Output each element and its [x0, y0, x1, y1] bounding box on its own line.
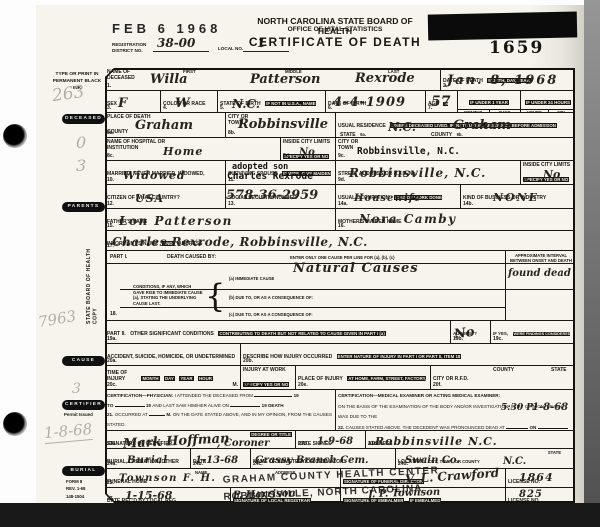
- value-ssn: 578-36-2959: [226, 188, 318, 203]
- punch-hole-bottom: [3, 412, 27, 436]
- form-rev-text: REV. 1-68: [66, 486, 85, 491]
- time-m-label: M.: [232, 382, 238, 388]
- work-label: INJURY AT WORK: [243, 367, 293, 373]
- mother-num: 16.: [338, 223, 345, 229]
- value-occupation: Housewife: [354, 193, 421, 204]
- how-injury-sublabel: ENTER NATURE OF INJURY IN PART I OR PART…: [337, 354, 462, 359]
- blank-pronounced-time: [506, 423, 528, 429]
- date-signed-num: 23b.: [298, 441, 308, 447]
- pod-city-num: 8b.: [228, 130, 235, 136]
- year-tick3: 19: [262, 403, 267, 408]
- line-b-rule: [120, 307, 505, 308]
- blank-to: [115, 401, 145, 407]
- interval-header2: BETWEEN ONSET AND DEATH: [510, 258, 572, 263]
- redaction-bar: [428, 11, 578, 40]
- injury-state-label: STATE: [551, 367, 567, 373]
- race-num: 4.: [163, 105, 167, 111]
- tab-burial: BURIAL: [62, 466, 105, 476]
- immediate-cause-label: (a) IMMEDIATE CAUSE: [229, 276, 274, 281]
- value-immediate-cause: Natural Causes: [293, 261, 419, 276]
- hospital-label: NAME OF HOSPITAL OR INSTITUTION: [107, 139, 167, 152]
- under24-header: IF UNDER 24 HOURS: [521, 91, 575, 109]
- conditions-brace: {: [205, 277, 225, 315]
- field-sex: SEX 3.: [105, 90, 160, 112]
- certificate-number: 1659: [489, 38, 544, 58]
- phys-m: M.: [166, 412, 171, 417]
- value-street-address: Robbinsville, N.C.: [349, 166, 486, 180]
- value-burial-date: 1-13-68: [195, 455, 238, 466]
- value-date-of-death: Jan. 8, 1968: [447, 73, 558, 88]
- value-state-of-birth: N.C.: [232, 97, 260, 111]
- month-col: MONTH: [141, 376, 159, 381]
- value-burial-type: Burial: [127, 455, 168, 466]
- value-autopsy: No: [453, 325, 475, 343]
- field-place-of-injury: PLACE OF INJURY AT HOME, FARM, STREET, F…: [295, 365, 430, 389]
- icl8d-label: INSIDE CITY LIMITS: [283, 139, 333, 145]
- under24-label: IF UNDER 24 HOURS: [525, 100, 571, 105]
- field-part2: PART II. OTHER SIGNIFICANT CONDITIONS CO…: [105, 320, 450, 343]
- father-num: 15.: [107, 223, 114, 229]
- value-license-2: 825: [519, 489, 543, 500]
- how-injury-label: DESCRIBE HOW INJURY OCCURRED: [243, 354, 332, 360]
- me-cert-title: CERTIFICATION—MEDICAL EXAMINER OR ACTING…: [338, 393, 500, 398]
- copy-designation: STATE BOARD OF HEALTH COPY: [86, 238, 102, 324]
- under1-label: IF UNDER 1 YEAR: [469, 100, 509, 105]
- conditions-note: CONDITIONS, IF ANY, WHICH GAVE RISE TO I…: [133, 284, 203, 307]
- registration-district-value: 38-00: [153, 36, 209, 52]
- value-date-signed: 1-9-68: [317, 436, 353, 447]
- form-no-text: FORM 8: [66, 479, 82, 484]
- value-icl-8d: No: [299, 147, 315, 158]
- business-num: 14b.: [463, 201, 473, 207]
- permit-issued-note: Permit Issued: [64, 411, 93, 418]
- field-injury-location: CITY OR R.F.D. COUNTY STATE 20f.: [430, 365, 575, 389]
- field-citizen: CITIZEN OF WHAT COUNTRY? 12.: [105, 184, 225, 208]
- phys-to: TO: [107, 403, 113, 408]
- value-last-name: Rexrode: [355, 71, 415, 86]
- value-hospital: Home: [163, 145, 203, 158]
- me-on: ON: [529, 425, 536, 430]
- value-citizen: USA: [135, 192, 164, 205]
- phys-cert-line3: OCCURRED AT: [115, 412, 148, 417]
- value-residence-state: N.C.: [388, 120, 416, 134]
- office-title: OFFICE OF VITAL STATISTICS: [240, 26, 430, 33]
- name-num: 1.: [107, 83, 111, 89]
- value-cemetery: Grassy Branch Cem.: [255, 455, 369, 466]
- tab-parents: PARENTS: [62, 202, 105, 212]
- value-certifier-address: Robbinsville N.C.: [375, 435, 498, 448]
- citizen-num: 12.: [107, 201, 114, 207]
- dob-num: 6.: [328, 105, 332, 111]
- tab-certifier: CERTIFIER: [62, 400, 105, 410]
- form-code-number: 148-1504: [66, 494, 84, 501]
- punch-hole-top: [3, 124, 27, 148]
- item-22-num: 22.: [338, 425, 344, 430]
- place-injury-num: 20e.: [298, 382, 308, 388]
- item-18-num: 18.: [110, 311, 117, 317]
- received-date-stamp: FEB 6 1968: [112, 21, 221, 36]
- value-interval: found dead: [508, 268, 571, 279]
- certificate-form: NAME OF DECEASED 1. FIRST MIDDLE LAST DA…: [105, 68, 575, 503]
- hour-col: HOUR: [198, 376, 213, 381]
- value-spouse-line2: Charles Rexrode: [227, 171, 313, 182]
- value-pronounced-date: 1-8-68: [532, 402, 568, 413]
- icl8d-num: 8d.: [283, 153, 290, 159]
- field-accident: ACCIDENT, SUICIDE, HOMICIDE, OR UNDETERM…: [105, 343, 240, 365]
- field-time-of-injury: TIME OF INJURY MONTH DAY YEAR HOUR 20c. …: [105, 365, 240, 389]
- date-received-num: 27.: [107, 496, 114, 502]
- year-tick2: 19: [146, 403, 151, 408]
- due-to-c-label: (c) DUE TO, OR AS A CONSEQUENCE OF:: [229, 312, 313, 317]
- phys-cert-line2: AND LAST SAW HIM/HER ALIVE ON: [152, 403, 229, 408]
- scan-edge-bottom: [0, 503, 600, 527]
- time-injury-num: 20c.: [107, 382, 117, 388]
- phys-death: DEATH: [268, 403, 283, 408]
- value-pod-county: Graham: [135, 118, 193, 133]
- blank-hour: [149, 410, 165, 416]
- field-findings: IF YES, WERE FINDINGS CONSIDERED IN DETE…: [490, 320, 575, 343]
- value-father: Lon Patterson: [119, 214, 233, 228]
- value-first-name: Willa: [150, 72, 188, 87]
- value-informant: Charles Rexrode, Robbinsville, N.C.: [112, 235, 368, 249]
- value-date-of-birth: 4-4-1909: [333, 95, 406, 110]
- part1-label: PART I.: [110, 254, 127, 260]
- injury-loc-num: 20f.: [433, 382, 442, 388]
- location-state-label: STATE: [548, 450, 561, 455]
- value-funeral-home: Townson F. H.: [119, 473, 216, 484]
- margin-number-3b: 3: [72, 381, 81, 397]
- field-under-1-year: IF UNDER 1 YEAR MONTHS DAYS: [457, 90, 520, 112]
- injury-county-label: COUNTY: [493, 367, 514, 373]
- value-pronounced-time: 5:30 P.: [501, 403, 535, 413]
- me-cert-line2: CAUSES STATED ABOVE. THE DECEDENT WAS PR…: [346, 425, 505, 430]
- pod-county-num: 8a.: [107, 130, 114, 136]
- sob-num: 5.: [220, 105, 224, 111]
- value-middle-name: Patterson: [250, 72, 320, 87]
- value-residence-county: Graham: [453, 118, 511, 133]
- icl9e-num: 9e.: [523, 177, 530, 183]
- cause-note: ENTER ONLY ONE CAUSE PER LINE FOR (a), (…: [290, 255, 394, 260]
- part2-num: 19a.: [107, 336, 117, 342]
- tab-deceased: DECEASED: [62, 114, 105, 124]
- registration-district-label: REGISTRATION DISTRICT NO.: [112, 42, 146, 53]
- phys-cert-text: CERTIFICATION—PHYSICIAN: I ATTENDED THE …: [107, 391, 333, 430]
- blank-from: [254, 391, 292, 397]
- year-tick1: 19: [294, 393, 299, 398]
- value-license-1: 1864: [519, 471, 554, 484]
- value-age: 57: [431, 94, 450, 110]
- value-sex: F: [118, 96, 127, 111]
- residence-state: STATE 9a.: [340, 123, 366, 137]
- burial-type-num: 24a.: [107, 461, 117, 467]
- blank-pronounced-date: [538, 423, 568, 429]
- hospital-num: 8c.: [107, 153, 114, 159]
- time-injury-label: TIME OF INJURY: [107, 370, 137, 383]
- field-how-injury: DESCRIBE HOW INJURY OCCURRED ENTER NATUR…: [240, 343, 575, 365]
- form-number: FORM 8 REV. 1-68: [66, 479, 85, 493]
- accident-num: 20a.: [107, 358, 117, 364]
- field-injury-at-work: INJURY AT WORK SPECIFY YES OR NO 20d.: [240, 365, 295, 389]
- residence-city-num: 9c.: [338, 153, 345, 159]
- tab-cause: CAUSE: [62, 356, 105, 366]
- registration-label-line2: DISTRICT NO.: [112, 48, 143, 53]
- field-under-24-hours: IF UNDER 24 HOURS HOURS MIN.: [520, 90, 575, 112]
- due-to-b-label: (b) DUE TO, OR AS A CONSEQUENCE OF:: [229, 295, 313, 300]
- under1-header: IF UNDER 1 YEAR: [458, 91, 520, 109]
- accident-label: ACCIDENT, SUICIDE, HOMICIDE, OR UNDETERM…: [107, 354, 235, 360]
- value-race: W: [175, 96, 190, 111]
- value-icl-9e: No: [543, 168, 560, 181]
- year-col: YEAR: [179, 376, 193, 381]
- margin-number-3a: 3: [76, 156, 86, 175]
- value-marital: Widowed: [123, 169, 186, 182]
- day-col: DAY: [164, 376, 175, 381]
- phys-cert-title: CERTIFICATION—PHYSICIAN:: [107, 393, 173, 398]
- funeral-home-num: 25.: [107, 480, 114, 486]
- interval-header: APPROXIMATE INTERVAL BETWEEN ONSET AND D…: [509, 253, 573, 263]
- blank-alive: [230, 401, 260, 407]
- margin-number-0: 0: [76, 133, 86, 152]
- registration-label-line1: REGISTRATION: [112, 42, 146, 47]
- value-mother: Nora Camby: [359, 212, 457, 226]
- value-business: NONE: [493, 191, 539, 204]
- item-21-num: 21.: [107, 412, 113, 417]
- certifier-sig-num: 23a.: [107, 441, 117, 447]
- value-cemetery-state: N.C.: [503, 456, 526, 467]
- phys-cert-line1: I ATTENDED THE DECEASED FROM: [175, 393, 253, 398]
- part2-sublabel: CONTRIBUTING TO DEATH BUT NOT RELATED TO…: [218, 331, 385, 336]
- value-pod-city: Robbinsville: [238, 117, 328, 132]
- sex-num: 3.: [107, 105, 111, 111]
- findings-num: 19c.: [493, 336, 503, 342]
- occupation-num: 14a.: [338, 201, 348, 207]
- value-residence-city: Robbinsville, N.C.: [357, 146, 460, 157]
- field-certification-physician: CERTIFICATION—PHYSICIAN: I ATTENDED THE …: [105, 389, 335, 430]
- marital-num: 10.: [107, 177, 114, 183]
- certificate-title: CERTIFICATE OF DEATH: [240, 35, 430, 49]
- name-label: NAME OF DECEASED: [107, 69, 147, 82]
- certifier-degree-label: DEGREE OR TITLE: [250, 432, 292, 437]
- work-num: 20d.: [243, 382, 253, 388]
- margin-date-1-8-68: 1-8-68: [43, 420, 93, 444]
- value-certifier-title: , Coroner: [217, 438, 269, 449]
- caused-by-label: DEATH CAUSED BY:: [167, 254, 216, 260]
- interval-divider: [505, 251, 506, 320]
- part2-title: OTHER SIGNIFICANT CONDITIONS: [130, 331, 214, 337]
- how-injury-num: 20b.: [243, 358, 253, 364]
- scan-edge-right: [584, 0, 600, 527]
- value-date-received: 1-15-68: [125, 489, 172, 502]
- street-num: 9d.: [338, 177, 345, 183]
